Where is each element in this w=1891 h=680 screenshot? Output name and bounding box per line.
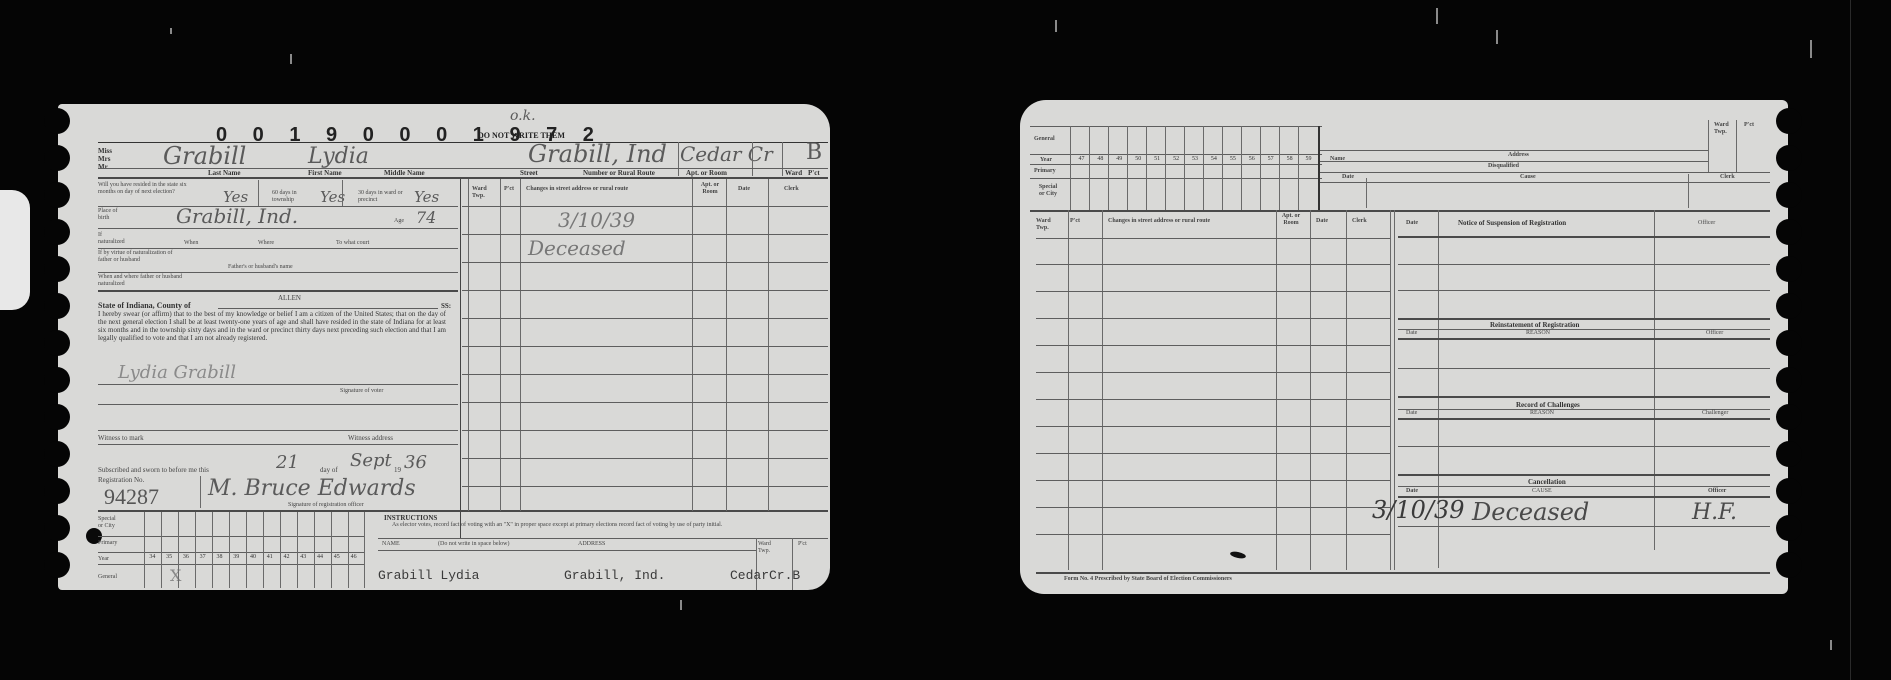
county-value: ALLEN <box>278 294 301 302</box>
film-speck <box>290 54 292 64</box>
ok-annotation: o.k. <box>510 108 536 124</box>
naturalized-court-label: To what court <box>336 240 369 247</box>
voter-signature-label: Signature of voter <box>340 388 383 395</box>
transfer-ward-label: Ward Twp. <box>1714 122 1730 136</box>
year-cell: 52 <box>1167 156 1186 162</box>
sworn-year-value: 36 <box>404 452 427 473</box>
street-value: Grabill, Ind <box>528 140 667 168</box>
challenges-challenger-header: Challenger <box>1702 410 1728 417</box>
virtue-label: If by virtue of naturalization of father… <box>98 250 178 264</box>
middle-name-label: Middle Name <box>384 169 425 177</box>
naturalized-where-label: Where <box>258 240 274 247</box>
year-cell: 40 <box>245 554 262 560</box>
changes-header-ward: Ward Twp. <box>472 186 498 200</box>
back-changes-header-ward: Ward Twp. <box>1036 218 1056 232</box>
sworn-day-value: 21 <box>276 452 299 473</box>
instructions-title: INSTRUCTIONS <box>384 514 437 522</box>
footer-address-label: ADDRESS <box>578 541 605 548</box>
birth-place-value: Grabill, Ind. <box>176 204 298 228</box>
year-cell: 59 <box>1299 156 1318 162</box>
changes-header-apt: Apt. or Room <box>698 182 722 196</box>
back-general-label: General <box>1034 136 1055 143</box>
year-cell: 49 <box>1110 156 1129 162</box>
registration-number: 94287 <box>104 484 159 510</box>
officer-signature-label: Signature of registration officer <box>288 502 364 509</box>
year-cell: 51 <box>1148 156 1167 162</box>
apt-label: Apt. or Room <box>686 169 727 177</box>
residency-q1-label: Will you have resided in the state six m… <box>98 182 193 196</box>
registration-card-back: General Year Primary Special or City 47 … <box>1020 100 1788 594</box>
cancellation-date-value: 3/10/39 <box>1372 496 1465 524</box>
transfer-cause-label: Cause <box>1520 174 1536 181</box>
film-speck <box>1850 0 1851 680</box>
back-year-label: Year <box>1040 157 1052 164</box>
oath-text: I hereby swear (or affirm) that to the b… <box>98 310 446 342</box>
street-label: Street <box>520 169 538 177</box>
changes-header-date: Date <box>738 186 750 193</box>
typed-address: Grabill, Ind. <box>564 568 665 583</box>
registration-number-label: Registration No. <box>98 476 144 484</box>
suspension-officer-header: Officer <box>1698 220 1715 227</box>
year-cell: 57 <box>1261 156 1280 162</box>
year-cell: 35 <box>161 554 178 560</box>
general-vote-mark: X <box>170 566 181 585</box>
sworn-day-label: day of <box>320 466 338 474</box>
typed-township: CedarCr.B <box>730 568 800 583</box>
back-primary-label: Primary <box>1034 168 1056 175</box>
year-cell: 50 <box>1129 156 1148 162</box>
oath-state-label: State of Indiana, County of <box>98 302 191 310</box>
year-cell: 38 <box>211 554 228 560</box>
back-changes-header-clerk: Clerk <box>1352 218 1367 225</box>
challenges-title: Record of Challenges <box>1516 401 1580 409</box>
residency-q3-value: Yes <box>414 188 439 206</box>
reinstatement-title: Reinstatement of Registration <box>1490 321 1579 329</box>
sworn-label: Subscribed and sworn to before me this <box>98 466 209 474</box>
voter-signature: Lydia Grabill <box>118 362 236 383</box>
reinstatement-date-header: Date <box>1406 330 1417 337</box>
general-label: General <box>98 574 117 581</box>
change-deceased-entry: Deceased <box>528 236 626 260</box>
cancellation-title: Cancellation <box>1528 478 1566 486</box>
township-value: Cedar Cr <box>680 142 773 166</box>
footer-no-write-label: (Do not write in space below) <box>438 541 509 548</box>
first-name-label: First Name <box>308 169 342 177</box>
footer-pct-label: P'ct <box>798 541 807 548</box>
last-name-value: Grabill <box>163 142 246 170</box>
year-cell: 56 <box>1242 156 1261 162</box>
year-cell: 53 <box>1186 156 1205 162</box>
film-speck <box>1830 640 1832 650</box>
changes-header-pct: P'ct <box>504 186 514 193</box>
special-label: Special or City <box>98 516 122 530</box>
witness-address-label: Witness address <box>348 434 393 442</box>
footer-ward-label: Ward Twp. <box>758 541 772 555</box>
precinct-value: B <box>806 140 822 165</box>
residency-q3-label: 30 days in ward or precinct <box>358 190 410 204</box>
reinstatement-reason-header: REASON <box>1526 330 1550 337</box>
birth-place-label: Place of birth <box>98 208 124 222</box>
sworn-year-prefix: 19 <box>394 466 401 474</box>
year-cell: 37 <box>194 554 211 560</box>
film-speck <box>1810 40 1812 58</box>
father-name-label: Father's or husband's name <box>228 264 293 271</box>
adjacent-card-edge <box>0 190 30 310</box>
year-cell: 39 <box>228 554 245 560</box>
typed-name: Grabill Lydia <box>378 568 479 583</box>
film-speck <box>1496 30 1498 44</box>
naturalized-when-label: When <box>184 240 198 247</box>
transfer-pct-label: P'ct <box>1744 122 1754 129</box>
challenges-date-header: Date <box>1406 410 1417 417</box>
year-label: Year <box>98 556 109 563</box>
suspension-date-header: Date <box>1406 220 1418 227</box>
oath-ss-label: SS: <box>441 302 451 310</box>
transfer-clerk-label: Clerk <box>1720 174 1735 181</box>
year-cell: 48 <box>1091 156 1110 162</box>
year-cell: 36 <box>178 554 195 560</box>
film-speck <box>1436 8 1438 24</box>
changes-header-address: Changes in street address or rural route <box>526 186 628 193</box>
transfer-date-label: Date <box>1342 174 1354 181</box>
cancellation-officer-header: Officer <box>1708 488 1726 495</box>
witness-mark-label: Witness to mark <box>98 434 144 442</box>
cancellation-cause-value: Deceased <box>1472 498 1589 526</box>
back-changes-header-apt: Apt. or Room <box>1280 213 1302 227</box>
cancellation-date-header: Date <box>1406 488 1418 495</box>
sworn-month-value: Sept <box>350 450 392 471</box>
back-changes-header-pct: P'ct <box>1070 218 1080 225</box>
instructions-text: As elector votes, record fact of voting … <box>392 522 792 529</box>
number-label: Number or Rural Route <box>583 169 655 177</box>
change-date-entry: 3/10/39 <box>558 208 635 232</box>
back-changes-header-date: Date <box>1316 218 1328 225</box>
back-special-label: Special or City <box>1036 184 1060 198</box>
year-cell: 54 <box>1204 156 1223 162</box>
age-value: 74 <box>416 208 436 227</box>
year-cell: 55 <box>1223 156 1242 162</box>
cancellation-cause-header: CAUSE <box>1532 488 1552 495</box>
year-cell: 34 <box>144 554 161 560</box>
residency-q2-label: 60 days in township <box>272 190 314 204</box>
ward-label: Ward <box>785 169 802 177</box>
cancellation-officer-value: H.F. <box>1692 500 1737 525</box>
film-speck <box>1055 20 1057 32</box>
primary-label: Primary <box>98 540 117 547</box>
form-footer: Form No. 4 Prescribed by State Board of … <box>1064 576 1232 583</box>
registration-card-front: 0 0 1 9 0 0 0 1 9 7 2 DO NOT WRITE THEM … <box>58 104 830 590</box>
footer-name-label: NAME <box>382 541 400 548</box>
last-name-label: Last Name <box>208 169 240 177</box>
header-notice: DO NOT WRITE THEM <box>478 131 565 140</box>
back-changes-header-address: Changes in street address or rural route <box>1108 218 1210 225</box>
pct-label: P'ct <box>808 169 820 177</box>
officer-signature: M. Bruce Edwards <box>208 476 416 501</box>
reinstatement-officer-header: Officer <box>1706 330 1723 337</box>
film-speck <box>680 600 682 610</box>
transfer-disqualified-label: Disqualified <box>1488 163 1519 170</box>
year-columns: 34 35 36 37 38 39 40 41 42 43 44 45 46 <box>144 554 362 560</box>
year-cell: 58 <box>1280 156 1299 162</box>
changes-header-clerk: Clerk <box>784 186 799 193</box>
suspension-title: Notice of Suspension of Registration <box>1458 219 1566 227</box>
film-speck <box>170 28 172 34</box>
transfer-address-label: Address <box>1508 152 1529 159</box>
father-naturalized-label: When and where father or husband natural… <box>98 274 188 288</box>
naturalized-label: If naturalized <box>98 232 128 246</box>
age-label: Age <box>394 218 404 225</box>
challenges-reason-header: REASON <box>1530 410 1554 417</box>
ink-mark <box>1230 550 1247 559</box>
first-name-value: Lydia <box>308 144 369 169</box>
